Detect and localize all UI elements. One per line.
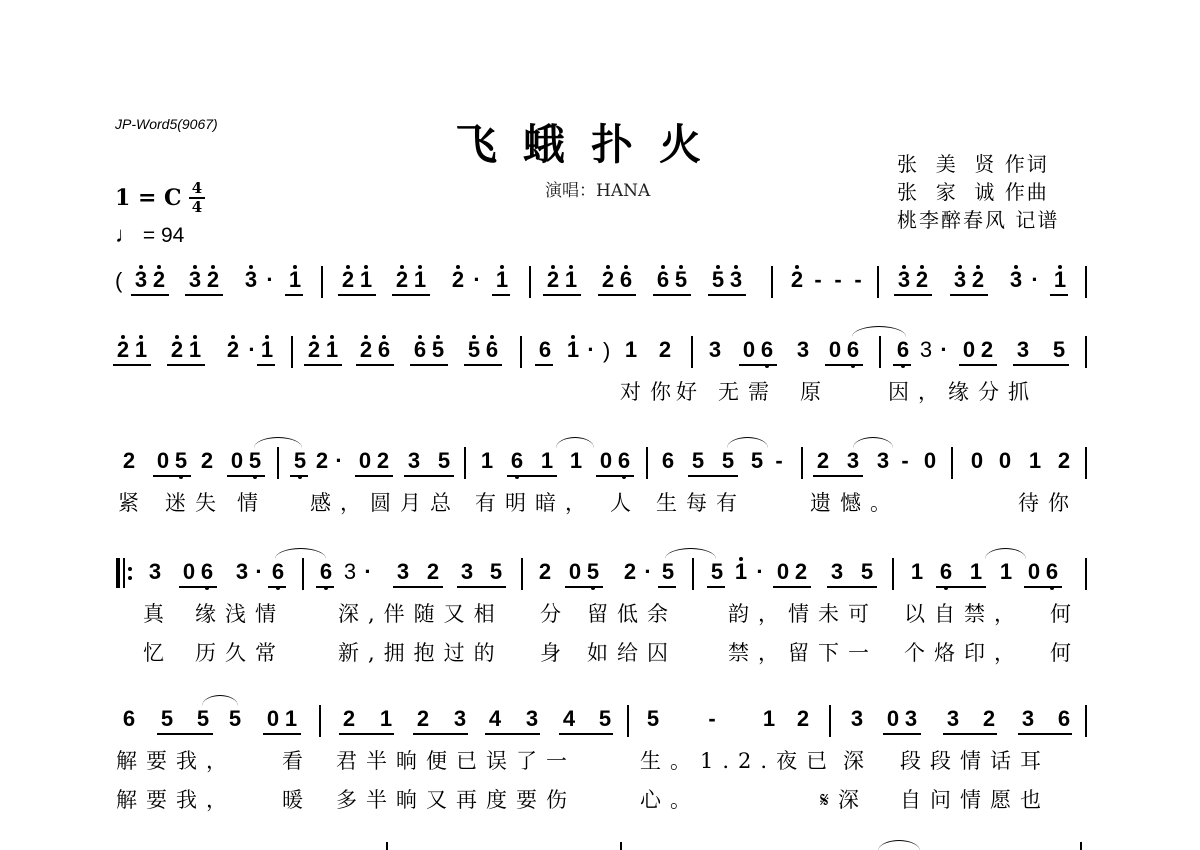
note: 5 xyxy=(227,707,243,731)
note: 2 xyxy=(375,449,391,473)
tie-slur xyxy=(727,437,768,448)
lyric-text: 生每有 xyxy=(656,487,746,517)
staff-row: 655501212343455-123033236解要我，看君半晌便已误了一生。… xyxy=(0,707,1200,807)
eighth-beam xyxy=(113,364,151,366)
note: 6 xyxy=(412,338,428,362)
note: 2 xyxy=(169,338,185,362)
dash-extension: - xyxy=(704,707,720,731)
note: 2 xyxy=(306,338,322,362)
octave-up-dot xyxy=(139,265,143,269)
lyric-text: 缘浅情 xyxy=(195,598,285,628)
tie-slur-partial xyxy=(878,840,920,850)
repeat-start-thin-bar xyxy=(123,558,125,588)
note: 2 xyxy=(115,338,131,362)
octave-up-dot xyxy=(716,265,720,269)
eighth-beam xyxy=(167,364,205,366)
octave-up-dot xyxy=(624,265,628,269)
note: 6 xyxy=(509,449,525,473)
lyric-text: 因，缘分抓 xyxy=(888,376,1038,406)
octave-up-dot xyxy=(472,335,476,339)
barline xyxy=(1085,705,1087,737)
note: 3 xyxy=(147,560,163,584)
note: 6 xyxy=(616,449,632,473)
note: 0 xyxy=(922,449,938,473)
note: 2 xyxy=(914,268,930,292)
lyric-text: 遗憾。 xyxy=(810,487,900,517)
note: 6 xyxy=(845,338,861,362)
augmentation-dot: · xyxy=(331,449,347,473)
eighth-beam xyxy=(596,475,634,477)
octave-up-dot xyxy=(364,265,368,269)
note: 3 xyxy=(918,338,934,362)
note: 2 xyxy=(314,449,330,473)
lyric-text: 分 xyxy=(540,598,570,628)
barline xyxy=(877,266,879,298)
note: 3 xyxy=(707,338,723,362)
credits-block: 张 美 贤 作词 张 家 诚 作曲 桃李醉春风 记谱 xyxy=(897,150,1059,234)
eighth-beam xyxy=(356,364,394,366)
eighth-beam xyxy=(404,475,454,477)
octave-up-dot xyxy=(661,265,665,269)
note: 3 xyxy=(1015,338,1031,362)
augmentation-dot: · xyxy=(244,338,260,362)
lyric-text: 解要我， xyxy=(116,745,236,775)
octave-up-dot xyxy=(734,265,738,269)
octave-up-dot xyxy=(139,335,143,339)
note: 3 xyxy=(406,449,422,473)
note: 3 xyxy=(395,560,411,584)
lyric-text: 韵，情未可 xyxy=(728,598,878,628)
note: 2 xyxy=(199,449,215,473)
note: 2 xyxy=(815,449,831,473)
note: 2 xyxy=(340,268,356,292)
note: 3 xyxy=(342,560,358,584)
octave-up-dot xyxy=(739,557,743,561)
octave-up-dot xyxy=(231,335,235,339)
lyric-text: 真 xyxy=(143,598,173,628)
octave-up-dot xyxy=(418,335,422,339)
note: 2 xyxy=(415,707,431,731)
note: 5 xyxy=(430,338,446,362)
eighth-beam xyxy=(153,475,191,477)
augmentation-dot: · xyxy=(469,268,485,292)
lyric-text: 待你 xyxy=(1018,487,1078,517)
note: 2 xyxy=(225,338,241,362)
barline xyxy=(464,447,466,479)
lyric-text: 深,伴随又相 xyxy=(338,598,504,628)
composer-credit: 张 家 诚 作曲 xyxy=(897,178,1059,206)
lyric-text-verse2: 自问情愿也 xyxy=(900,784,1050,814)
note: 6 xyxy=(376,338,392,362)
note: 5 xyxy=(585,560,601,584)
octave-up-dot xyxy=(121,335,125,339)
barline-partial xyxy=(386,842,388,850)
note: 1 xyxy=(565,338,581,362)
note: 5 xyxy=(247,449,263,473)
barline xyxy=(692,558,694,590)
note: 1 xyxy=(324,338,340,362)
eighth-beam xyxy=(708,294,746,296)
transcriber-credit: 桃李醉春风 记谱 xyxy=(897,206,1059,234)
note: 2 xyxy=(622,560,638,584)
lyric-text: 留低余 xyxy=(587,598,677,628)
tempo-marking: ♩ = 94 xyxy=(115,222,184,248)
time-sig-bottom: 4 xyxy=(189,200,205,215)
octave-up-dot xyxy=(330,335,334,339)
eighth-beam xyxy=(653,294,691,296)
eighth-beam xyxy=(338,294,376,296)
note: 6 xyxy=(618,268,634,292)
lyricist-credit: 张 美 贤 作词 xyxy=(897,150,1059,178)
augmentation-dot: · xyxy=(251,560,267,584)
note: 3 xyxy=(952,268,968,292)
eighth-beam xyxy=(179,586,217,588)
note: 5 xyxy=(720,449,736,473)
octave-up-dot xyxy=(265,335,269,339)
octave-up-dot xyxy=(958,265,962,269)
dash-extension: - xyxy=(810,268,826,292)
eighth-beam xyxy=(827,586,877,588)
barline xyxy=(302,558,304,590)
eighth-beam xyxy=(535,364,553,366)
note: 5 xyxy=(159,707,175,731)
note: 1 xyxy=(494,268,510,292)
augmentation-dot: · xyxy=(262,268,278,292)
note: 2 xyxy=(657,338,673,362)
note: 3 xyxy=(1020,707,1036,731)
note: 3 xyxy=(903,707,919,731)
repeat-start-thick-bar xyxy=(116,558,120,588)
note: 3 xyxy=(459,560,475,584)
augmentation-dot: · xyxy=(583,338,599,362)
note: 1 xyxy=(909,560,925,584)
octave-up-dot xyxy=(551,265,555,269)
barline xyxy=(771,266,773,298)
lyric-text: 有明暗， xyxy=(475,487,595,517)
eighth-beam xyxy=(185,294,223,296)
note: 6 xyxy=(121,707,137,731)
lyric-text: 人 xyxy=(610,487,640,517)
note: 2 xyxy=(450,268,466,292)
octave-up-dot xyxy=(400,265,404,269)
barline xyxy=(801,447,803,479)
barline xyxy=(627,705,629,737)
lyric-text-verse2: 新,拥抱过的 xyxy=(338,637,504,667)
note: 2 xyxy=(793,560,809,584)
note: 2 xyxy=(341,707,357,731)
note: 4 xyxy=(487,707,503,731)
barline xyxy=(879,336,881,368)
eighth-beam xyxy=(290,475,308,477)
eighth-beam xyxy=(339,733,394,735)
note: 2 xyxy=(537,560,553,584)
barline xyxy=(1085,266,1087,298)
barline xyxy=(319,705,321,737)
lyric-text: 生。1.2.夜已 xyxy=(640,745,836,775)
note: 0 xyxy=(885,707,901,731)
eighth-beam xyxy=(316,586,334,588)
note: 5 xyxy=(173,449,189,473)
staff-row: 3063·663·32352052·551·0235161106真缘浅情深,伴随… xyxy=(0,560,1200,660)
note: 1 xyxy=(998,560,1014,584)
lyric-text: 迷失 xyxy=(165,487,225,517)
note: 3 xyxy=(845,449,861,473)
parenthesis: ( xyxy=(115,268,122,294)
singer-label: 演唱：HANA xyxy=(545,176,650,201)
eighth-beam xyxy=(707,586,725,588)
octave-up-dot xyxy=(418,265,422,269)
note: 3 xyxy=(829,560,845,584)
tie-slur xyxy=(202,695,238,706)
note: 1 xyxy=(733,560,749,584)
eighth-beam xyxy=(285,294,303,296)
lyric-text-verse2: 心。 xyxy=(640,784,700,814)
octave-up-dot xyxy=(1014,265,1018,269)
eighth-beam xyxy=(658,586,676,588)
lyric-text: 无需 xyxy=(718,376,778,406)
note: 1 xyxy=(1052,268,1068,292)
song-title: 飞蛾扑火 xyxy=(455,112,727,172)
barline xyxy=(277,447,279,479)
barline xyxy=(1085,336,1087,368)
eighth-beam xyxy=(1024,586,1062,588)
repeat-dot xyxy=(128,567,132,571)
repeat-dot xyxy=(128,576,132,580)
octave-up-dot xyxy=(500,265,504,269)
quarter-note-icon: ♩ xyxy=(115,222,137,247)
note: 6 xyxy=(759,338,775,362)
note: 5 xyxy=(597,707,613,731)
tie-slur xyxy=(985,548,1026,559)
octave-up-dot xyxy=(1058,265,1062,269)
barline xyxy=(520,336,522,368)
dash-extension: - xyxy=(850,268,866,292)
note: 5 xyxy=(195,707,211,731)
lyric-text: 对你 xyxy=(620,376,680,406)
note: 2 xyxy=(545,268,561,292)
note: 0 xyxy=(598,449,614,473)
barline-partial xyxy=(1080,842,1082,850)
dash-extension: - xyxy=(771,449,787,473)
lyric-text-verse2: 多半晌又再度要伤 xyxy=(336,784,576,814)
barline xyxy=(1085,447,1087,479)
note: 2 xyxy=(358,338,374,362)
eighth-beam xyxy=(688,475,738,477)
tie-slur xyxy=(254,437,302,448)
eighth-beam xyxy=(1050,294,1068,296)
note: 0 xyxy=(827,338,843,362)
note: 2 xyxy=(121,449,137,473)
octave-up-dot xyxy=(249,265,253,269)
lyric-text-verse2: 如给囚 xyxy=(587,637,677,667)
note: 2 xyxy=(1056,449,1072,473)
octave-up-dot xyxy=(364,335,368,339)
note: 5 xyxy=(673,268,689,292)
lyric-text-verse2: 𝄋深 xyxy=(820,784,868,814)
octave-up-dot xyxy=(346,265,350,269)
note: 2 xyxy=(970,268,986,292)
barline-partial xyxy=(620,842,622,850)
note: 0 xyxy=(775,560,791,584)
note: 2 xyxy=(425,560,441,584)
note: 2 xyxy=(600,268,616,292)
lyric-text-verse2: 历久常 xyxy=(195,637,285,667)
octave-up-dot xyxy=(193,265,197,269)
eighth-beam xyxy=(950,294,988,296)
note: 1 xyxy=(761,707,777,731)
eighth-beam xyxy=(936,586,986,588)
octave-up-dot xyxy=(490,335,494,339)
lyric-text: 深 xyxy=(843,745,873,775)
barline xyxy=(829,705,831,737)
octave-up-dot xyxy=(382,335,386,339)
note: 5 xyxy=(645,707,661,731)
eighth-beam xyxy=(894,294,932,296)
dash-extension: - xyxy=(830,268,846,292)
octave-up-dot xyxy=(456,265,460,269)
note: 1 xyxy=(539,449,555,473)
eighth-beam xyxy=(457,586,506,588)
lyric-text: 看 xyxy=(282,745,312,775)
note: 3 xyxy=(187,268,203,292)
note: 6 xyxy=(938,560,954,584)
note: 5 xyxy=(690,449,706,473)
eighth-beam xyxy=(773,586,811,588)
eighth-beam xyxy=(507,475,557,477)
eighth-beam xyxy=(304,364,342,366)
note: 3 xyxy=(243,268,259,292)
note: 0 xyxy=(265,707,281,731)
barline xyxy=(529,266,531,298)
augmentation-dot: · xyxy=(936,338,952,362)
barline xyxy=(321,266,323,298)
augmentation-dot: · xyxy=(1027,268,1043,292)
lyric-text-verse2: 何 xyxy=(1050,637,1080,667)
note: 1 xyxy=(563,268,579,292)
note: 6 xyxy=(895,338,911,362)
lyric-text-verse2: 暖 xyxy=(282,784,312,814)
octave-up-dot xyxy=(679,265,683,269)
octave-up-dot xyxy=(795,265,799,269)
note: 5 xyxy=(709,560,725,584)
note: 6 xyxy=(199,560,215,584)
note: 3 xyxy=(1008,268,1024,292)
note: 3 xyxy=(524,707,540,731)
lyric-text-verse2: 忆 xyxy=(143,637,173,667)
note: 2 xyxy=(789,268,805,292)
lyric-text: 以自禁， xyxy=(904,598,1024,628)
note: 6 xyxy=(655,268,671,292)
octave-up-dot xyxy=(157,265,161,269)
note: 3 xyxy=(133,268,149,292)
note: 5 xyxy=(1051,338,1067,362)
note: 2 xyxy=(205,268,221,292)
lyric-text-verse2: 解要我， xyxy=(116,784,236,814)
note: 6 xyxy=(660,449,676,473)
note: 3 xyxy=(452,707,468,731)
eighth-beam xyxy=(355,475,393,477)
note: 0 xyxy=(567,560,583,584)
barline xyxy=(646,447,648,479)
eighth-beam xyxy=(559,733,613,735)
eighth-beam xyxy=(464,364,502,366)
note: 6 xyxy=(484,338,500,362)
time-sig-top: 4 xyxy=(189,181,205,196)
note: 6 xyxy=(318,560,334,584)
lyric-text-verse2: 禁，留下一 xyxy=(728,637,878,667)
note: 0 xyxy=(969,449,985,473)
note: 5 xyxy=(660,560,676,584)
note: 6 xyxy=(1056,707,1072,731)
note: 3 xyxy=(234,560,250,584)
note: 1 xyxy=(358,268,374,292)
eighth-beam xyxy=(131,294,169,296)
eighth-beam xyxy=(268,586,286,588)
octave-up-dot xyxy=(571,335,575,339)
octave-up-dot xyxy=(293,265,297,269)
parenthesis: ) xyxy=(603,338,610,364)
lyric-text: 情 xyxy=(237,487,267,517)
note: 2 xyxy=(979,338,995,362)
note: 2 xyxy=(981,707,997,731)
augmentation-dot: · xyxy=(752,560,768,584)
eighth-beam xyxy=(413,733,468,735)
note: 1 xyxy=(378,707,394,731)
eighth-beam xyxy=(739,364,777,366)
staff-row: 21212·12126655661·)1230630663·0235对你好无需原… xyxy=(0,338,1200,438)
key-signature: 1 = C xyxy=(115,185,182,211)
eighth-beam xyxy=(893,364,911,366)
tie-slur xyxy=(556,437,594,448)
lyric-text: 紧 xyxy=(118,487,148,517)
eighth-beam xyxy=(598,294,636,296)
eighth-beam xyxy=(485,733,540,735)
eighth-beam xyxy=(543,294,581,296)
eighth-beam xyxy=(825,364,863,366)
note: 5 xyxy=(466,338,482,362)
lyric-text: 段段情话耳 xyxy=(900,745,1050,775)
note: 0 xyxy=(961,338,977,362)
lyric-text-verse2: 身 xyxy=(540,637,570,667)
augmentation-dot: · xyxy=(640,560,656,584)
barline xyxy=(1085,558,1087,590)
note: 0 xyxy=(997,449,1013,473)
octave-up-dot xyxy=(902,265,906,269)
octave-up-dot xyxy=(436,335,440,339)
lyric-text: 感，圆月总 xyxy=(310,487,460,517)
note: 5 xyxy=(292,449,308,473)
note: 2 xyxy=(151,268,167,292)
augmentation-dot: · xyxy=(360,560,376,584)
eighth-beam xyxy=(157,733,213,735)
barline xyxy=(691,336,693,368)
note: 1 xyxy=(968,560,984,584)
note: 3 xyxy=(728,268,744,292)
note: 0 xyxy=(229,449,245,473)
lyric-text: 好 xyxy=(676,376,706,406)
lyric-text: 原 xyxy=(800,376,830,406)
note: 3 xyxy=(795,338,811,362)
barline xyxy=(521,558,523,590)
note: 0 xyxy=(155,449,171,473)
eighth-beam xyxy=(1013,364,1069,366)
barline xyxy=(291,336,293,368)
tempo-value: = 94 xyxy=(143,224,184,247)
note: 0 xyxy=(741,338,757,362)
note: 1 xyxy=(1027,449,1043,473)
eighth-beam xyxy=(943,733,997,735)
note: 1 xyxy=(287,268,303,292)
